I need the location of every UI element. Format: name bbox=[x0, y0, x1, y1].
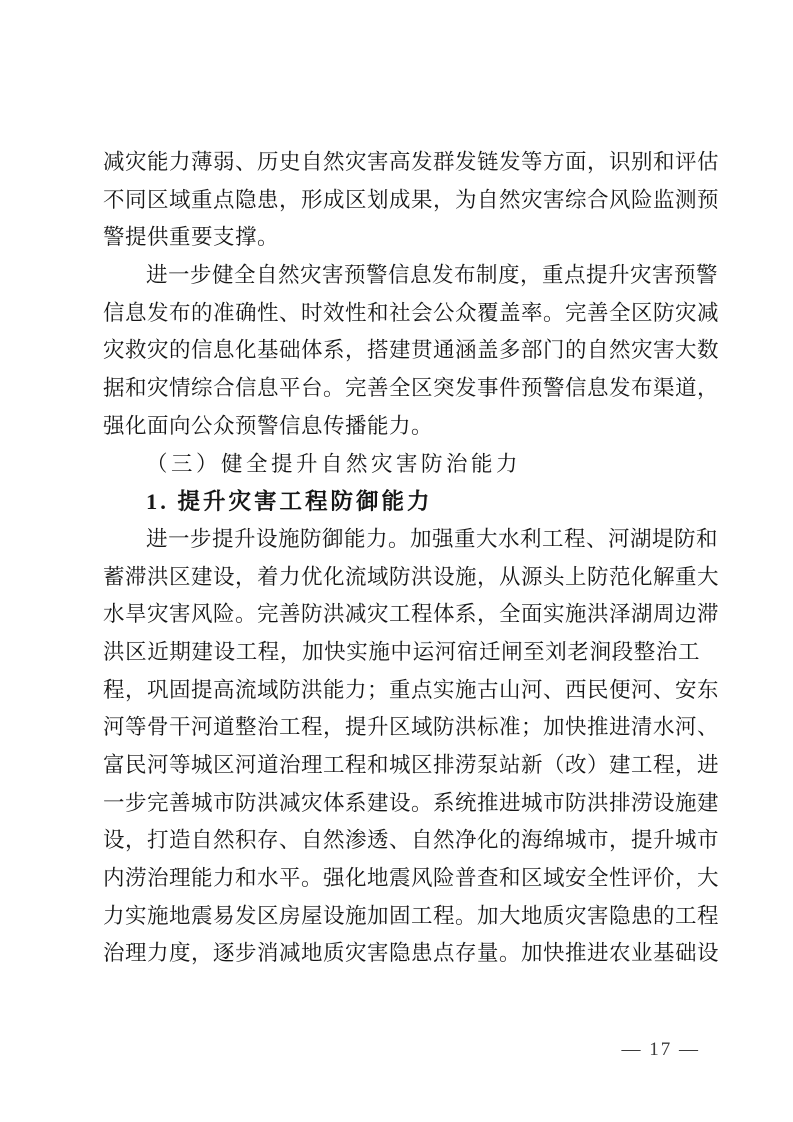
body-line: 据和灾情综合信息平台。完善全区突发事件预警信息发布渠道， bbox=[103, 370, 700, 408]
body-line: 设，打造自然积存、自然渗透、自然净化的海绵城市，提升城市 bbox=[103, 822, 700, 860]
body-line: 力实施地震易发区房屋设施加固工程。加大地质灾害隐患的工程 bbox=[103, 898, 700, 936]
body-line: 不同区域重点隐患，形成区划成果，为自然灾害综合风险监测预 bbox=[103, 182, 700, 220]
subsection-heading: 1. 提升灾害工程防御能力 bbox=[103, 483, 700, 521]
body-line: 信息发布的准确性、时效性和社会公众覆盖率。完善全区防灾减 bbox=[103, 295, 700, 333]
document-body: 减灾能力薄弱、历史自然灾害高发群发链发等方面，识别和评估 不同区域重点隐患，形成… bbox=[103, 144, 700, 973]
body-line: 富民河等城区河道治理工程和城区排涝泵站新（改）建工程，进 bbox=[103, 747, 700, 785]
body-line: 水旱灾害风险。完善防洪减灾工程体系，全面实施洪泽湖周边滞 bbox=[103, 596, 700, 634]
document-page: 减灾能力薄弱、历史自然灾害高发群发链发等方面，识别和评估 不同区域重点隐患，形成… bbox=[0, 0, 793, 1122]
body-line: 蓄滞洪区建设，着力优化流域防洪设施，从源头上防范化解重大 bbox=[103, 559, 700, 597]
body-line: 进一步提升设施防御能力。加强重大水利工程、河湖堤防和 bbox=[103, 521, 700, 559]
body-line: 程，巩固提高流域防洪能力；重点实施古山河、西民便河、安东 bbox=[103, 672, 700, 710]
body-line: 灾救灾的信息化基础体系，搭建贯通涵盖多部门的自然灾害大数 bbox=[103, 332, 700, 370]
body-line: 内涝治理能力和水平。强化地震风险普查和区域安全性评价，大 bbox=[103, 860, 700, 898]
body-line: 治理力度，逐步消减地质灾害隐患点存量。加快推进农业基础设 bbox=[103, 935, 700, 973]
body-line: 警提供重要支撑。 bbox=[103, 219, 700, 257]
body-line: 洪区近期建设工程，加快实施中运河宿迁闸至刘老涧段整治工 bbox=[103, 634, 700, 672]
page-number: — 17 — bbox=[622, 1038, 701, 1062]
body-line: 河等骨干河道整治工程，提升区域防洪标准；加快推进清水河、 bbox=[103, 709, 700, 747]
body-line: 强化面向公众预警信息传播能力。 bbox=[103, 408, 700, 446]
section-heading: （三）健全提升自然灾害防治能力 bbox=[103, 446, 700, 484]
body-line: 进一步健全自然灾害预警信息发布制度，重点提升灾害预警 bbox=[103, 257, 700, 295]
body-line: 一步完善城市防洪减灾体系建设。系统推进城市防洪排涝设施建 bbox=[103, 785, 700, 823]
body-line: 减灾能力薄弱、历史自然灾害高发群发链发等方面，识别和评估 bbox=[103, 144, 700, 182]
